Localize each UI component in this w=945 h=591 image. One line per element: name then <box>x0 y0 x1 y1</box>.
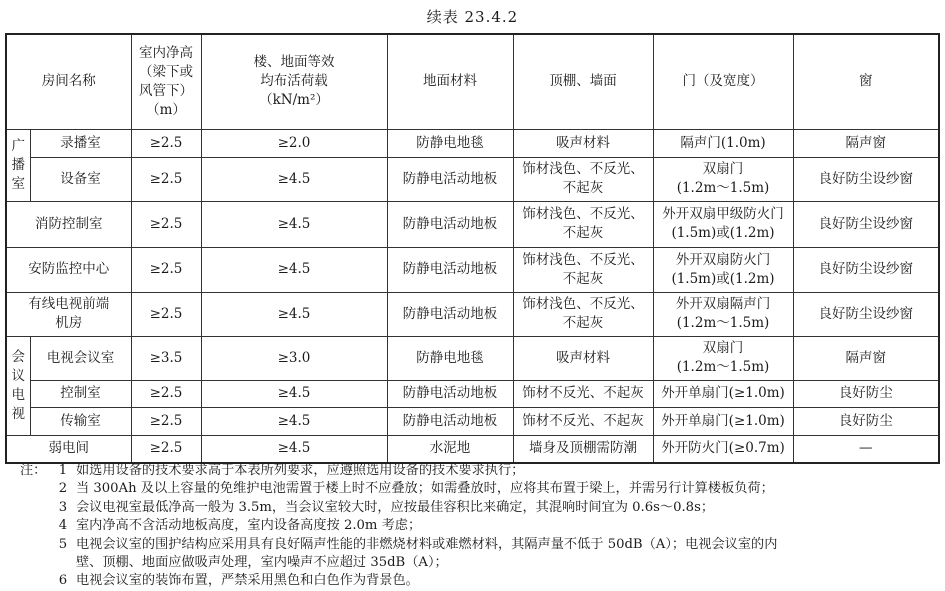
note-text: 如选用设备的技术要求高于本表所列要求，应遵照选用设备的技术要求执行； <box>76 462 940 480</box>
cell-line: 外开双扇隔声门 <box>656 295 791 314</box>
cell-line: 外开双扇甲级防火门 <box>656 205 791 224</box>
cell-room-name: 消防控制室 <box>6 201 131 247</box>
header-load-line: 楼、地面等效 <box>204 53 385 72</box>
cell-ceiling-wall: 饰材浅色、不反光、 不起灰 <box>513 157 653 201</box>
cell-height: ≥2.5 <box>131 407 201 435</box>
note-text: 室内净高不含活动地板高度，室内设备高度按 2.0m 考虑； <box>76 517 940 535</box>
header-door: 门（及宽度） <box>653 34 793 129</box>
group-broadcast: 广 播 室 <box>6 129 30 201</box>
cell-floor: 防静电活动地板 <box>387 407 513 435</box>
cell-ceiling-wall: 饰材浅色、不反光、 不起灰 <box>513 247 653 292</box>
cell-line: 不起灰 <box>516 270 651 289</box>
header-height-line: （m） <box>134 101 199 120</box>
table-row: 控制室 ≥2.5 ≥4.5 防静电活动地板 饰材不反光、不起灰 外开单扇门(≥1… <box>6 380 939 407</box>
cell-door: 外开单扇门(≥1.0m) <box>653 380 793 407</box>
table-row: 弱电间 ≥2.5 ≥4.5 水泥地 墙身及顶棚需防潮 外开防火门(≥0.7m) … <box>6 435 939 463</box>
cell-load: ≥4.5 <box>201 247 387 292</box>
cell-floor: 防静电活动地板 <box>387 292 513 336</box>
cell-line: 双扇门 <box>656 339 791 358</box>
cell-line: (1.5m)或(1.2m) <box>656 270 791 289</box>
group-video-conference: 会 议 电 视 <box>6 336 30 435</box>
cell-ceiling-wall: 饰材不反光、不起灰 <box>513 407 653 435</box>
group-char: 室 <box>9 175 28 194</box>
group-char: 会 <box>9 348 28 367</box>
cell-line: 不起灰 <box>516 314 651 333</box>
cell-ceiling-wall: 饰材浅色、不反光、 不起灰 <box>513 201 653 247</box>
cell-room-name: 录播室 <box>30 129 131 157</box>
header-load-line: 均布活荷载 <box>204 72 385 91</box>
table-row: 安防监控中心 ≥2.5 ≥4.5 防静电活动地板 饰材浅色、不反光、 不起灰 外… <box>6 247 939 292</box>
cell-room-name: 有线电视前端 机房 <box>6 292 131 336</box>
table-row: 消防控制室 ≥2.5 ≥4.5 防静电活动地板 饰材浅色、不反光、 不起灰 外开… <box>6 201 939 247</box>
notes-lead: 注： <box>20 462 50 480</box>
cell-window: 隔声窗 <box>793 129 939 157</box>
note-text: 电视会议室的围护结构应采用具有良好隔声性能的非燃烧材料或难燃材料，其隔声量不低于… <box>76 536 940 554</box>
group-char: 播 <box>9 156 28 175</box>
cell-room-name: 安防监控中心 <box>6 247 131 292</box>
note-number: 2 <box>50 480 76 498</box>
cell-load: ≥4.5 <box>201 292 387 336</box>
note-number: 4 <box>50 517 76 535</box>
cell-window: 良好防尘 <box>793 380 939 407</box>
cell-window: 良好防尘设纱窗 <box>793 247 939 292</box>
note-text: 当 300Ah 及以上容量的免维护电池需置于楼上时不应叠放；如需叠放时，应将其布… <box>76 480 940 498</box>
cell-ceiling-wall: 饰材不反光、不起灰 <box>513 380 653 407</box>
cell-door: 外开双扇甲级防火门 (1.5m)或(1.2m) <box>653 201 793 247</box>
cell-line: 有线电视前端 <box>9 295 129 314</box>
header-load: 楼、地面等效 均布活荷载 （kN/m²） <box>201 34 387 129</box>
table-row: 会 议 电 视 电视会议室 ≥3.5 ≥3.0 防静电地毯 吸声材料 双扇门 (… <box>6 336 939 380</box>
cell-room-name: 控制室 <box>30 380 131 407</box>
cell-floor: 防静电活动地板 <box>387 157 513 201</box>
cell-ceiling-wall: 饰材浅色、不反光、 不起灰 <box>513 292 653 336</box>
group-char: 广 <box>9 137 28 156</box>
cell-load: ≥4.5 <box>201 157 387 201</box>
cell-height: ≥2.5 <box>131 129 201 157</box>
cell-line: 双扇门 <box>656 160 791 179</box>
cell-door: 外开双扇防火门 (1.5m)或(1.2m) <box>653 247 793 292</box>
header-height: 室内净高 （梁下或 风管下） （m） <box>131 34 201 129</box>
cell-height: ≥2.5 <box>131 380 201 407</box>
cell-window: 良好防尘设纱窗 <box>793 292 939 336</box>
cell-line: (1.2m～1.5m) <box>656 358 791 377</box>
note-text: 电视会议室的装饰布置，严禁采用黑色和白色作为背景色。 <box>76 572 940 590</box>
cell-line: 不起灰 <box>516 179 651 198</box>
cell-height: ≥3.5 <box>131 336 201 380</box>
cell-window: — <box>793 435 939 463</box>
header-window: 窗 <box>793 34 939 129</box>
cell-floor: 防静电地毯 <box>387 336 513 380</box>
cell-floor: 防静电活动地板 <box>387 201 513 247</box>
cell-window: 良好防尘 <box>793 407 939 435</box>
cell-door: 隔声门(1.0m) <box>653 129 793 157</box>
cell-floor: 防静电活动地板 <box>387 247 513 292</box>
header-load-line: （kN/m²） <box>204 91 385 110</box>
cell-ceiling-wall: 吸声材料 <box>513 336 653 380</box>
cell-load: ≥4.5 <box>201 380 387 407</box>
note-item: 6 电视会议室的装饰布置，严禁采用黑色和白色作为背景色。 <box>20 572 940 590</box>
table-row: 设备室 ≥2.5 ≥4.5 防静电活动地板 饰材浅色、不反光、 不起灰 双扇门 … <box>6 157 939 201</box>
cell-load: ≥2.0 <box>201 129 387 157</box>
cell-line: 饰材浅色、不反光、 <box>516 295 651 314</box>
header-height-line: 室内净高 <box>134 44 199 63</box>
cell-room-name: 弱电间 <box>6 435 131 463</box>
cell-load: ≥3.0 <box>201 336 387 380</box>
cell-ceiling-wall: 墙身及顶棚需防潮 <box>513 435 653 463</box>
group-char: 议 <box>9 367 28 386</box>
cell-ceiling-wall: 吸声材料 <box>513 129 653 157</box>
table-row: 有线电视前端 机房 ≥2.5 ≥4.5 防静电活动地板 饰材浅色、不反光、 不起… <box>6 292 939 336</box>
cell-height: ≥2.5 <box>131 292 201 336</box>
note-number: 5 <box>50 536 76 554</box>
group-char: 电 <box>9 386 28 405</box>
cell-door: 外开防火门(≥0.7m) <box>653 435 793 463</box>
cell-line: (1.2m～1.5m) <box>656 179 791 198</box>
cell-load: ≥4.5 <box>201 201 387 247</box>
cell-window: 隔声窗 <box>793 336 939 380</box>
cell-height: ≥2.5 <box>131 247 201 292</box>
group-char: 视 <box>9 405 28 424</box>
cell-door: 外开单扇门(≥1.0m) <box>653 407 793 435</box>
cell-floor: 水泥地 <box>387 435 513 463</box>
cell-height: ≥2.5 <box>131 435 201 463</box>
header-row: 房间名称 室内净高 （梁下或 风管下） （m） 楼、地面等效 均布活荷载 （kN… <box>6 34 939 129</box>
cell-line: 外开双扇防火门 <box>656 251 791 270</box>
cell-line: 不起灰 <box>516 224 651 243</box>
note-number: 1 <box>50 462 76 480</box>
cell-line: 饰材浅色、不反光、 <box>516 251 651 270</box>
cell-door: 双扇门 (1.2m～1.5m) <box>653 336 793 380</box>
note-item: 4 室内净高不含活动地板高度，室内设备高度按 2.0m 考虑； <box>20 517 940 535</box>
cell-line: (1.2m～1.5m) <box>656 314 791 333</box>
cell-line: 饰材浅色、不反光、 <box>516 160 651 179</box>
note-number: 3 <box>50 499 76 517</box>
cell-door: 双扇门 (1.2m～1.5m) <box>653 157 793 201</box>
cell-room-name: 传输室 <box>30 407 131 435</box>
note-item: 注： 1 如选用设备的技术要求高于本表所列要求，应遵照选用设备的技术要求执行； <box>20 462 940 480</box>
cell-height: ≥2.5 <box>131 157 201 201</box>
header-floor: 地面材料 <box>387 34 513 129</box>
table-notes: 注： 1 如选用设备的技术要求高于本表所列要求，应遵照选用设备的技术要求执行； … <box>20 462 940 591</box>
note-number: 6 <box>50 572 76 590</box>
table-row: 广 播 室 录播室 ≥2.5 ≥2.0 防静电地毯 吸声材料 隔声门(1.0m)… <box>6 129 939 157</box>
table-caption: 续表 23.4.2 <box>0 6 945 27</box>
header-ceiling-wall: 顶棚、墙面 <box>513 34 653 129</box>
cell-room-name: 电视会议室 <box>30 336 131 380</box>
cell-height: ≥2.5 <box>131 201 201 247</box>
cell-window: 良好防尘设纱窗 <box>793 201 939 247</box>
cell-room-name: 设备室 <box>30 157 131 201</box>
note-item: 5 电视会议室的围护结构应采用具有良好隔声性能的非燃烧材料或难燃材料，其隔声量不… <box>20 536 940 554</box>
cell-floor: 防静电地毯 <box>387 129 513 157</box>
cell-load: ≥4.5 <box>201 435 387 463</box>
room-requirements-table: 房间名称 室内净高 （梁下或 风管下） （m） 楼、地面等效 均布活荷载 （kN… <box>5 33 940 464</box>
note-text: 会议电视室最低净高一般为 3.5m，当会议室较大时，应按最佳容积比来确定，其混响… <box>76 499 940 517</box>
cell-line: 饰材浅色、不反光、 <box>516 205 651 224</box>
header-height-line: （梁下或 <box>134 63 199 82</box>
note-item: 2 当 300Ah 及以上容量的免维护电池需置于楼上时不应叠放；如需叠放时，应将… <box>20 480 940 498</box>
note-item: 3 会议电视室最低净高一般为 3.5m，当会议室较大时，应按最佳容积比来确定，其… <box>20 499 940 517</box>
cell-window: 良好防尘设纱窗 <box>793 157 939 201</box>
cell-line: (1.5m)或(1.2m) <box>656 224 791 243</box>
note-text: 壁、顶棚、地面应做吸声处理，室内噪声不应超过 35dB（A）； <box>76 554 940 572</box>
note-item-continuation: 壁、顶棚、地面应做吸声处理，室内噪声不应超过 35dB（A）； <box>20 554 940 572</box>
cell-door: 外开双扇隔声门 (1.2m～1.5m) <box>653 292 793 336</box>
cell-load: ≥4.5 <box>201 407 387 435</box>
header-room-name: 房间名称 <box>6 34 131 129</box>
header-height-line: 风管下） <box>134 82 199 101</box>
cell-line: 机房 <box>9 314 129 333</box>
cell-floor: 防静电活动地板 <box>387 380 513 407</box>
table-row: 传输室 ≥2.5 ≥4.5 防静电活动地板 饰材不反光、不起灰 外开单扇门(≥1… <box>6 407 939 435</box>
